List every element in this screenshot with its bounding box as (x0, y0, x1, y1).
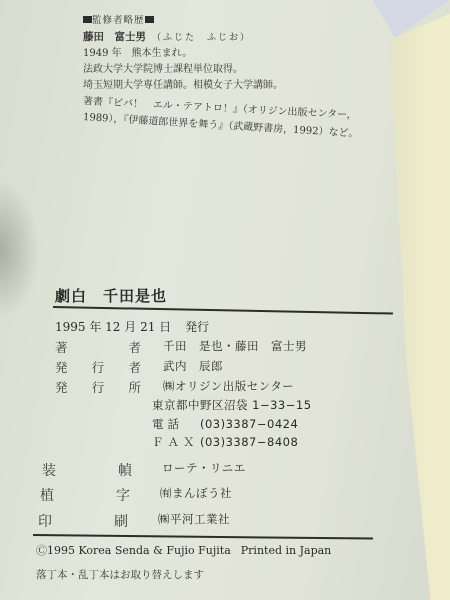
printing-value: ㈱平河工業社 (158, 511, 230, 531)
biography-heading: 監修者略歴 (83, 13, 359, 29)
address: 東京都中野区沼袋 1−33−15 (152, 397, 312, 413)
page-shadow (0, 180, 40, 320)
row-label: 発行者 (55, 358, 163, 376)
replacement-notice: 落丁本・乱丁本はお取り替えします (36, 567, 204, 582)
typesetting-value: ㈲まんぼう社 (160, 485, 232, 505)
editor-biography: 監修者略歴 藤田 富士男（ふじた ふじお） 1949 年 熊本生まれ。 法政大学… (83, 13, 359, 126)
bio-line: 1949 年 熊本生まれ。 (83, 46, 359, 62)
row-binding: 装幀 ローテ・リニエ (42, 460, 246, 480)
row-label: 著者 (55, 338, 163, 356)
row-publishing-house: 発行所 ㈱オリジン出版センター (55, 378, 294, 396)
row-label: 印刷 (38, 511, 158, 531)
phone: 電話(03)3387−0424 (152, 416, 298, 432)
title-author: 千田是也 (103, 287, 167, 305)
row-author: 著者 千田 是也・藤田 富士男 (55, 338, 307, 356)
printed-in: Printed in Japan (241, 544, 331, 557)
bio-line: 埼玉短期大学専任講師。相模女子大学講師。 (83, 78, 359, 94)
editor-name-reading: （ふじた ふじお） (152, 33, 251, 43)
binding-value: ローテ・リニエ (162, 460, 246, 480)
bio-line: 法政大学大学院博士課程単位取得。 (83, 62, 359, 78)
square-bullet-icon (83, 16, 92, 23)
title: 劇白 (55, 287, 87, 305)
row-printing: 印刷 ㈱平河工業社 (38, 511, 230, 531)
row-label: 装幀 (42, 460, 162, 480)
editor-name: 藤田 富士男（ふじた ふじお） (83, 29, 359, 46)
square-bullet-icon (145, 16, 154, 23)
author-value: 千田 是也・藤田 富士男 (163, 338, 307, 356)
row-label: 植字 (40, 485, 160, 505)
row-label: 発行所 (55, 378, 163, 396)
fax: ＦＡＸ(03)3387−8408 (152, 434, 298, 450)
row-typesetting: 植字 ㈲まんぼう社 (40, 485, 232, 505)
publishing-house-value: ㈱オリジン出版センター (163, 378, 294, 396)
row-publisher: 発行者 武内 辰郎 (55, 358, 223, 376)
copyright: Ⓒ1995 Korea Senda & Fujio FujitaPrinted … (36, 542, 331, 558)
publication-date: 1995 年 12 月 21 日発行 (55, 318, 209, 335)
publisher-value: 武内 辰郎 (163, 358, 223, 376)
book-title: 劇白千田是也 (55, 285, 435, 306)
